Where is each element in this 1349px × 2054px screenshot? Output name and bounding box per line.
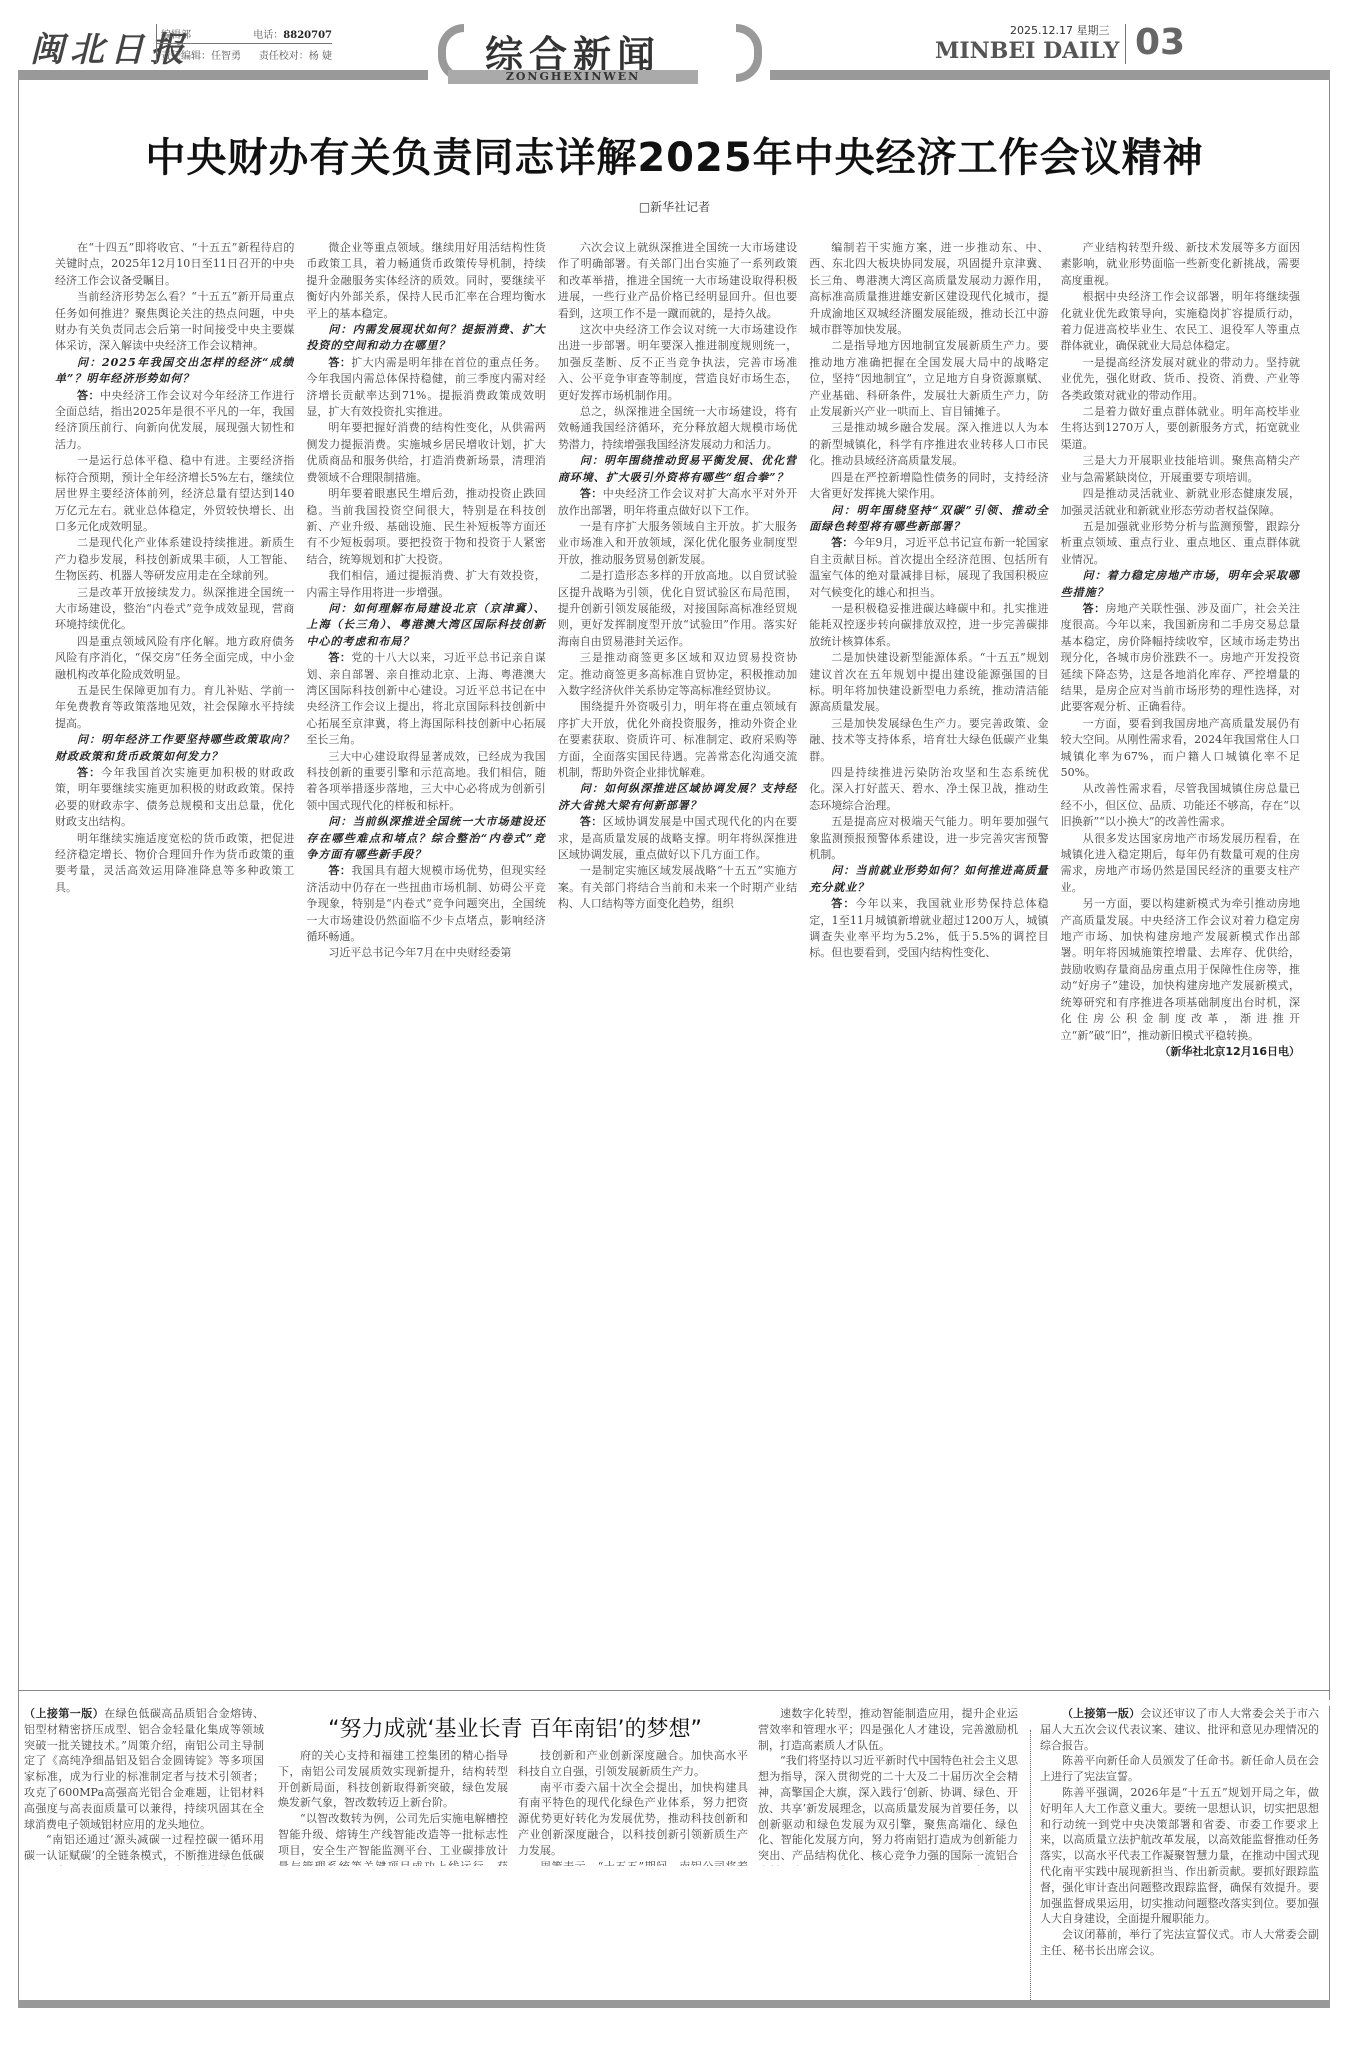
paragraph: 三是推动城乡融合发展。深入推进以人为本的新型城镇化，科学有序推进农业转移人口市民… bbox=[809, 420, 1048, 469]
footer-band bbox=[18, 2000, 1330, 2008]
bracket-right-decoration bbox=[736, 24, 762, 82]
question: 问：2025年我国交出怎样的经济“成绩单”？明年经济形势如何？ bbox=[55, 355, 294, 388]
article-body: 在“十四五”即将收官、“十五五”新程待启的关键时点，2025年12月10日至11… bbox=[55, 240, 1300, 1695]
article-column-5: 产业结构转型升级、新技术发展等多方面因素影响，就业形势面临一些新变化新挑战，需要… bbox=[1061, 240, 1300, 1695]
paragraph: 五是民生保障更加有力。育儿补贴、学前一年免费教育等政策落地见效，社会保障水平持续… bbox=[55, 683, 294, 732]
paragraph: 围绕提升外资吸引力，明年将在重点领域有序扩大开放，优化外商投资服务，推动外资企业… bbox=[558, 699, 797, 781]
dateline-signoff: （新华社北京12月16日电） bbox=[1061, 1044, 1300, 1060]
paragraph: 微企业等重点领域。继续用好用活结构性货币政策工具，着力畅通货币政策传导机制，持续… bbox=[306, 240, 545, 322]
section-divider bbox=[18, 1690, 1330, 1691]
question: 问：当前纵深推进全国统一大市场建设还存在哪些难点和堵点？综合整治“内卷式”竞争方… bbox=[306, 814, 545, 863]
answer-label: 答： bbox=[580, 487, 603, 500]
paragraph: 南平市委六届十次全会提出，加快构建具有南平特色的现代化绿色产业体系，努力把资源优… bbox=[518, 1780, 748, 1859]
paragraph: “南铝还通过‘源头减碳一过程控碳一循环用碳一认证赋碳’的全链条模式，不断推进绿色… bbox=[24, 1832, 264, 1866]
masthead-band-left bbox=[18, 70, 428, 80]
paragraph: 一是提高经济发展对就业的带动力。坚持就业优先，强化财政、货币、投资、消费、产业等… bbox=[1061, 355, 1300, 404]
paragraph: 二是打造形态多样的开放高地。以自贸试验区提升战略为引领，优化自贸试验区布局范围，… bbox=[558, 568, 797, 650]
paragraph: （上接第一版）在绿色低碳高品质铝合金熔铸、铝型材精密挤压成型、铝合金轻量化集成等… bbox=[24, 1706, 264, 1832]
answer: 答：今年9月，习近平总书记宣布新一轮国家自主贡献目标。首次提出全经济范围、包括所… bbox=[809, 535, 1048, 601]
paragraph: 当前经济形势怎么看？“十五五”新开局重点任务如何推进？聚焦舆论关注的热点问题，中… bbox=[55, 289, 294, 355]
dotted-divider bbox=[1030, 1730, 1031, 2000]
article-column-3: 六次会议上就纵深推进全国统一大市场建设作了明确部署。有关部门出台实施了一系列政策… bbox=[558, 240, 797, 1695]
answer: 答：房地产关联性强、涉及面广，社会关注度很高。今年以来，我国新房和二手房交易总量… bbox=[1061, 601, 1300, 716]
answer-label: 答： bbox=[328, 864, 351, 877]
paragraph: 周策表示，“十五五”期间，南铝公司将着重从四个方面持续发力：一是突破核心技术，提… bbox=[518, 1859, 748, 1866]
paragraph: 根据中央经济工作会议部署，明年将继续强化就业优先政策导向，实施稳岗扩容提质行动，… bbox=[1061, 289, 1300, 355]
answer-label: 答： bbox=[831, 897, 855, 910]
paragraph: 明年继续实施适度宽松的货币政策，把促进经济稳定增长、物价合理回升作为货币政策的重… bbox=[55, 831, 294, 897]
answer: 答：中央经济工作会议对扩大高水平对外开放作出部署，明年将重点做好以下工作。 bbox=[558, 486, 797, 519]
paragraph: 产业结构转型升级、新技术发展等多方面因素影响，就业形势面临一些新变化新挑战，需要… bbox=[1061, 240, 1300, 289]
paragraph: 四是持续推进污染防治攻坚和生态系统优化。深入打好蓝天、碧水、净土保卫战，推动生态… bbox=[809, 765, 1048, 814]
editor-label: 责任编辑：任智勇 bbox=[161, 47, 241, 62]
paragraph: 明年要把握好消费的结构性变化，从供需两侧发力提振消费。实施城乡居民增收计划，扩大… bbox=[306, 420, 545, 486]
article-column-4: 编制若干实施方案，进一步推动东、中、西、东北四大板块协同发展，巩固提升京津冀、长… bbox=[809, 240, 1048, 1695]
paragraph: 四是在严控新增隐性债务的同时，支持经济大省更好发挥挑大梁作用。 bbox=[809, 470, 1048, 503]
article-column-2: 微企业等重点领域。继续用好用活结构性货币政策工具，着力畅通货币政策传导机制，持续… bbox=[306, 240, 545, 1695]
answer: 答：今年以来，我国就业形势保持总体稳定，1至11月城镇新增就业超过1200万人，… bbox=[809, 896, 1048, 962]
answer-label: 答： bbox=[328, 651, 351, 664]
article-column-1: 在“十四五”即将收官、“十五五”新程待启的关键时点，2025年12月10日至11… bbox=[55, 240, 294, 1695]
paragraph: 陈善平强调，2026年是“十五五”规划开局之年，做好明年人大工作意义重大。要统一… bbox=[1040, 1785, 1319, 1927]
question: 问：着力稳定房地产市场，明年会采取哪些措施？ bbox=[1061, 568, 1300, 601]
question: 问：如何理解布局建设北京（京津冀）、上海（长三角）、粤港澳大湾区国际科技创新中心… bbox=[306, 601, 545, 650]
report-body: （上接第一版）会议还审议了市人大常委会关于市六届人大五次会议代表议案、建议、批评… bbox=[1040, 1706, 1330, 2006]
proofreader-label: 责任校对：杨 婕 bbox=[259, 47, 332, 62]
paragraph: 一是制定实施区域发展战略“十五五”实施方案。有关部门将结合当前和未来一个时期产业… bbox=[558, 863, 797, 912]
paragraph: 一是运行总体平稳、稳中有进。主要经济指标符合预期，预计全年经济增长5%左右，继续… bbox=[55, 453, 294, 535]
paragraph: 速数字化转型，推动智能制造应用，提升企业运营效率和管理水平；四是强化人才建设，完… bbox=[758, 1706, 1018, 1753]
question: 问：内需发展现状如何？提振消费、扩大投资的空间和动力在哪里？ bbox=[306, 322, 545, 355]
paragraph: 五是加强就业形势分析与监测预警，跟踪分析重点领域、重点行业、重点地区、重点群体就… bbox=[1061, 519, 1300, 568]
masthead-band-right bbox=[770, 70, 1330, 80]
paragraph: 二是着力做好重点群体就业。明年高校毕业生将达到1270万人，要创新服务方式，拓宽… bbox=[1061, 404, 1300, 453]
answer-label: 答： bbox=[328, 356, 351, 369]
feature-column-2: 府的关心支持和福建工控集团的精心指导下，南铝公司发展质效实现新提升，结构转型开创… bbox=[278, 1748, 508, 1866]
paragraph: 五是提高应对极端天气能力。明年要加强气象监测预报预警体系建设，进一步完善灾害预警… bbox=[809, 814, 1048, 863]
answer-label: 答： bbox=[831, 536, 853, 549]
paragraph: 三是加快发展绿色生产力。要完善政策、金融、技术等支持体系，培育壮大绿色低碳产业集… bbox=[809, 716, 1048, 765]
paragraph: 二是现代化产业体系建设持续推进。新质生产力稳步发展，科技创新成果丰硕，人工智能、… bbox=[55, 535, 294, 584]
answer-label: 答： bbox=[77, 766, 101, 779]
paragraph: 一是积极稳妥推进碳达峰碳中和。扎实推进能耗双控逐步转向碳排放双控，进一步完善碳排… bbox=[809, 601, 1048, 650]
section-tab: 综合新闻 ZONGHEXINWEN bbox=[428, 22, 728, 82]
answer-label: 答： bbox=[1083, 602, 1106, 615]
paragraph: 习近平总书记今年7月在中央财经委第 bbox=[306, 945, 545, 961]
paper-english-name: MINBEI DAILY bbox=[935, 38, 1119, 64]
answer-label: 答： bbox=[77, 389, 100, 402]
paragraph: 四是重点领域风险有序化解。地方政府债务风险有序消化，“保交房”任务全面完成，中小… bbox=[55, 634, 294, 683]
paragraph: 在“十四五”即将收官、“十五五”新程待启的关键时点，2025年12月10日至11… bbox=[55, 240, 294, 289]
answer: 答：党的十八大以来，习近平总书记亲自谋划、亲自部署、亲自推动北京、上海、粤港澳大… bbox=[306, 650, 545, 748]
paragraph: 我们相信，通过提振消费、扩大有效投资，内需主导作用将进一步增强。 bbox=[306, 568, 545, 601]
editorial-info: 编辑部 电话：8820707 责任编辑：任智勇 责任校对：杨 婕 bbox=[156, 24, 332, 64]
paragraph: 编制若干实施方案，进一步推动东、中、西、东北四大板块协同发展，巩固提升京津冀、长… bbox=[809, 240, 1048, 338]
answer: 答：中央经济工作会议对今年经济工作进行全面总结，指出2025年是很不平凡的一年，… bbox=[55, 388, 294, 454]
page-number: 03 bbox=[1135, 22, 1185, 63]
paragraph: 另一方面，要以构建新模式为牵引推动房地产高质量发展。中央经济工作会议对着力稳定房… bbox=[1061, 896, 1300, 1044]
question: 问：当前就业形势如何？如何推进高质量充分就业？ bbox=[809, 863, 1048, 896]
continued-from-label: （上接第一版） bbox=[1062, 1707, 1140, 1720]
paragraph: 府的关心支持和福建工控集团的精心指导下，南铝公司发展质效实现新提升，结构转型开创… bbox=[278, 1748, 508, 1811]
paragraph: 三是大力开展职业技能培训。聚焦高精尖产业与急需紧缺岗位，开展重要专项培训。 bbox=[1061, 453, 1300, 486]
paragraph: 从很多发达国家房地产市场发展历程看，在城镇化进入稳定期后，每年仍有数量可观的住房… bbox=[1061, 831, 1300, 897]
paragraph: 二是指导地方因地制宜发展新质生产力。要推动地方准确把握在全国发展大局中的战略定位… bbox=[809, 338, 1048, 420]
feature-body: （上接第一版）在绿色低碳高品质铝合金熔铸、铝型材精密挤压成型、铝合金轻量化集成等… bbox=[18, 1706, 1048, 1866]
feature-column-1: （上接第一版）在绿色低碳高品质铝合金熔铸、铝型材精密挤压成型、铝合金轻量化集成等… bbox=[24, 1706, 264, 1866]
byline: □新华社记者 bbox=[0, 198, 1349, 215]
question: 问：明年围绕坚持“双碳”引领、推动全面绿色转型将有哪些新部署？ bbox=[809, 503, 1048, 536]
paragraph: “我们将坚持以习近平新时代中国特色社会主义思想为指导，深入贯彻党的二十大及二十届… bbox=[758, 1753, 1018, 1866]
paragraph: 四是推动灵活就业、新就业形态健康发展，加强灵活就业和新就业形态劳动者权益保障。 bbox=[1061, 486, 1300, 519]
issue-date: 2025.12.17 星期三 bbox=[1010, 22, 1109, 38]
dept-label: 编辑部 bbox=[161, 26, 191, 41]
paragraph: 陈善平向新任命人员颁发了任命书。新任命人员在会上进行了宪法宣誓。 bbox=[1040, 1753, 1319, 1785]
paragraph: 技创新和产业创新深度融合。加快高水平科技自立自强，引领发展新质生产力。 bbox=[518, 1748, 748, 1780]
question: 问：明年围绕推动贸易平衡发展、优化营商环境、扩大吸引外资将有哪些“组合拳”？ bbox=[558, 453, 797, 486]
phone-info: 电话：8820707 bbox=[253, 26, 332, 41]
paragraph: 从改善性需求看，尽管我国城镇住房总量已经不小，但区位、品质、功能还不够高，存在“… bbox=[1061, 781, 1300, 830]
masthead: 闽北日报 编辑部 电话：8820707 责任编辑：任智勇 责任校对：杨 婕 综合… bbox=[0, 0, 1349, 80]
paragraph: 六次会议上就纵深推进全国统一大市场建设作了明确部署。有关部门出台实施了一系列政策… bbox=[558, 240, 797, 322]
answer: 答：区域协调发展是中国式现代化的内在要求，是高质量发展的战略支撑。明年将纵深推进… bbox=[558, 814, 797, 863]
answer: 答：我国具有超大规模市场优势，但现实经济活动中仍存在一些扭曲市场机制、妨碍公平竞… bbox=[306, 863, 545, 945]
paragraph: 一方面，要看到我国房地产高质量发展仍有较大空间。从刚性需求看，2024年我国常住… bbox=[1061, 716, 1300, 782]
feature-column-3: 技创新和产业创新深度融合。加快高水平科技自立自强，引领发展新质生产力。南平市委六… bbox=[518, 1748, 748, 1866]
paragraph: 二是加快建设新型能源体系。“十五五”规划建议首次在五年规划中提出建设能源强国的目… bbox=[809, 650, 1048, 716]
answer-label: 答： bbox=[580, 815, 603, 828]
paragraph: （上接第一版）会议还审议了市人大常委会关于市六届人大五次会议代表议案、建议、批评… bbox=[1040, 1706, 1319, 1753]
paragraph: 这次中央经济工作会议对统一大市场建设作出进一步部署。明年要深入推进制度规则统一，… bbox=[558, 322, 797, 404]
question: 问：如何纵深推进区域协调发展？支持经济大省挑大梁有何新部署？ bbox=[558, 781, 797, 814]
paragraph: 总之，纵深推进全国统一大市场建设，将有效畅通我国经济循环，充分释放超大规模市场优… bbox=[558, 404, 797, 453]
feature-column-4: 速数字化转型，推动智能制造应用，提升企业运营效率和管理水平；四是强化人才建设，完… bbox=[758, 1706, 1018, 1866]
main-headline: 中央财办有关负责同志详解2025年中央经济工作会议精神 bbox=[0, 126, 1349, 183]
continued-from-label: （上接第一版） bbox=[24, 1707, 104, 1720]
paragraph: 会议闭幕前，举行了宪法宣誓仪式。市人大常委会副主任、秘书长出席会议。 bbox=[1040, 1927, 1319, 1959]
paragraph: “以智改数转为例，公司先后实施电解槽控智能升级、熔铸生产线智能改造等一批标志性项… bbox=[278, 1811, 508, 1866]
question: 问：明年经济工作要坚持哪些政策取向？财政政策和货币政策如何发力？ bbox=[55, 732, 294, 765]
paragraph: 三大中心建设取得显著成效，已经成为我国科技创新的重要引擎和示范高地。我们相信，随… bbox=[306, 749, 545, 815]
paragraph: 一是有序扩大服务领域自主开放。扩大服务业市场准入和开放领域，深化优化服务业制度型… bbox=[558, 519, 797, 568]
paragraph: 三是推动商签更多区域和双边贸易投资协定。推动商签更多高标准自贸协定，积极推动加入… bbox=[558, 650, 797, 699]
answer: 答：扩大内需是明年排在首位的重点任务。今年我国内需总体保持稳健，前三季度内需对经… bbox=[306, 355, 545, 421]
paragraph: 三是改革开放接续发力。纵深推进全国统一大市场建设，整治“内卷式”竞争成效显现，营… bbox=[55, 585, 294, 634]
page-divider bbox=[1125, 24, 1126, 64]
paragraph: 明年要着眼惠民生增后劲，推动投资止跌回稳。当前我国投资空间很大，特别是在科技创新… bbox=[306, 486, 545, 568]
answer: 答：今年我国首次实施更加积极的财政政策，明年要继续实施更加积极的财政政策。保持必… bbox=[55, 765, 294, 831]
